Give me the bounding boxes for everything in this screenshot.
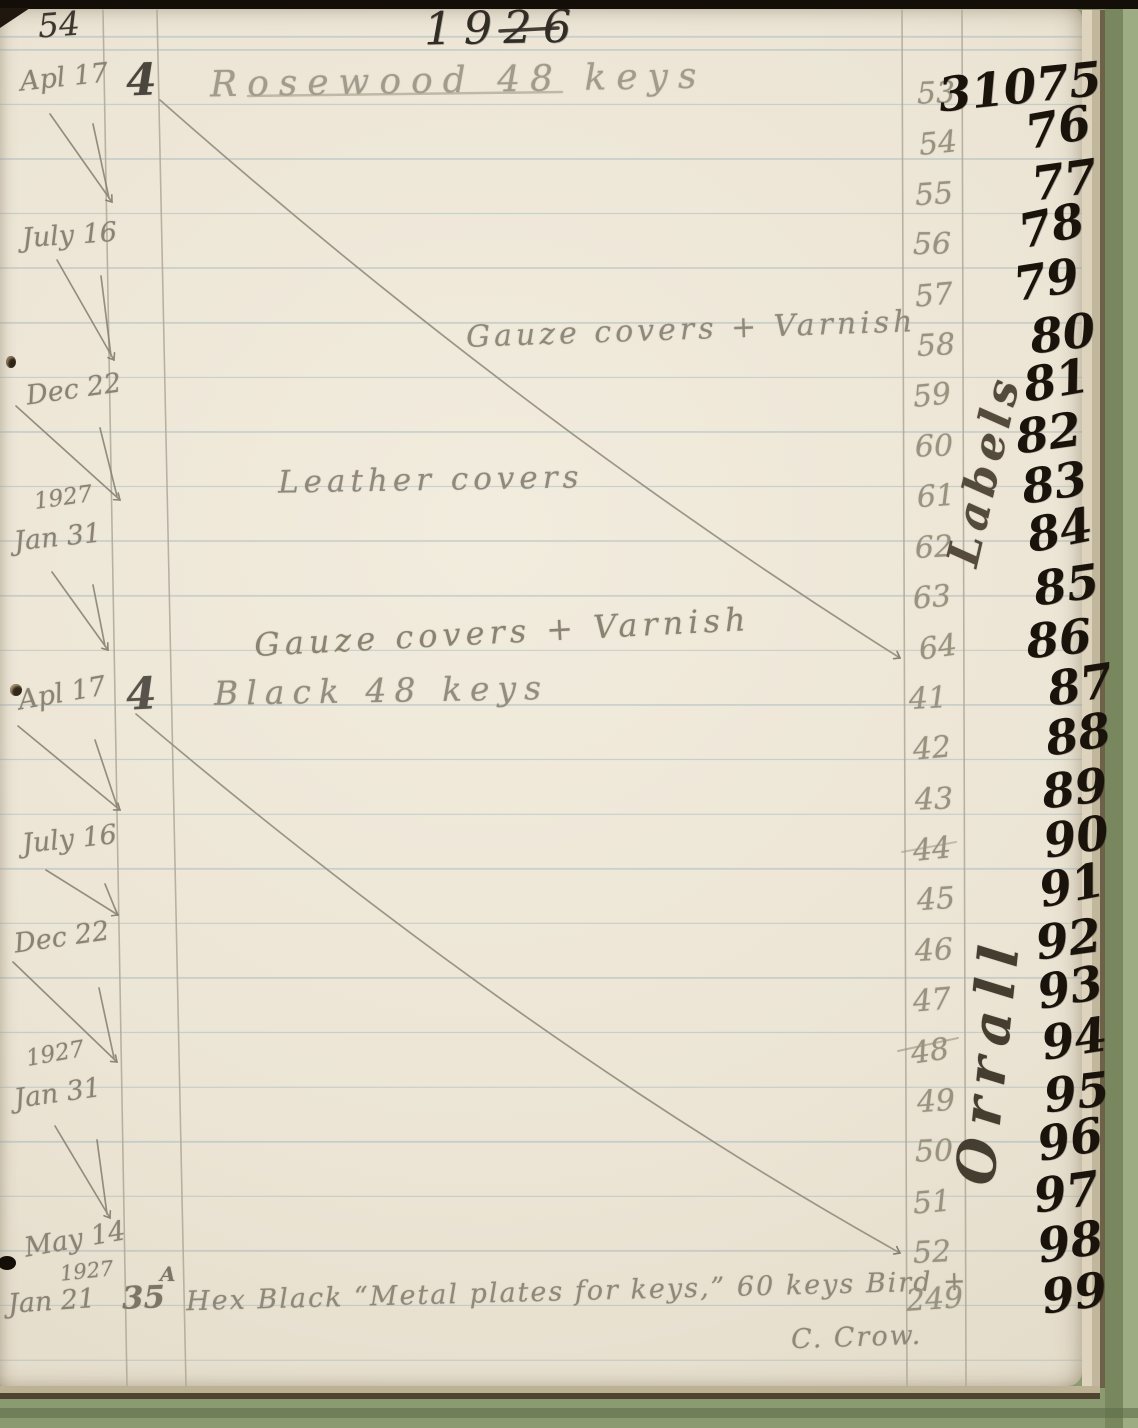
photo-top-band: [0, 0, 1138, 9]
background-green-light-band: [1123, 0, 1138, 1428]
entry-text: Rosewood 48 keys: [210, 58, 707, 104]
year-heading: 1926: [424, 3, 583, 53]
entry-text: Black 48 keys: [214, 671, 550, 711]
quantity-value: 4: [125, 671, 158, 719]
margin-date: July 16: [21, 219, 118, 254]
page-number: 54: [37, 7, 81, 44]
binding-hole: [6, 356, 16, 368]
quantity-value: 35: [121, 1281, 165, 1315]
book-bottom-edge: [0, 1386, 1100, 1393]
margin-date: Jan 21: [7, 1285, 96, 1319]
entry-text: Leather covers: [278, 461, 584, 499]
quantity-value: A: [160, 1264, 176, 1285]
background-bottom-streak: [0, 1408, 1138, 1418]
margin-date: 1927: [59, 1257, 114, 1285]
photo-corner-shadow: [0, 8, 30, 28]
book-bottom-shadow: [0, 1393, 1100, 1399]
quantity-value: 4: [125, 57, 157, 104]
ledger-photo: 54 1926 Apl 17July 16Dec 221927Jan 31Apl…: [0, 0, 1138, 1428]
